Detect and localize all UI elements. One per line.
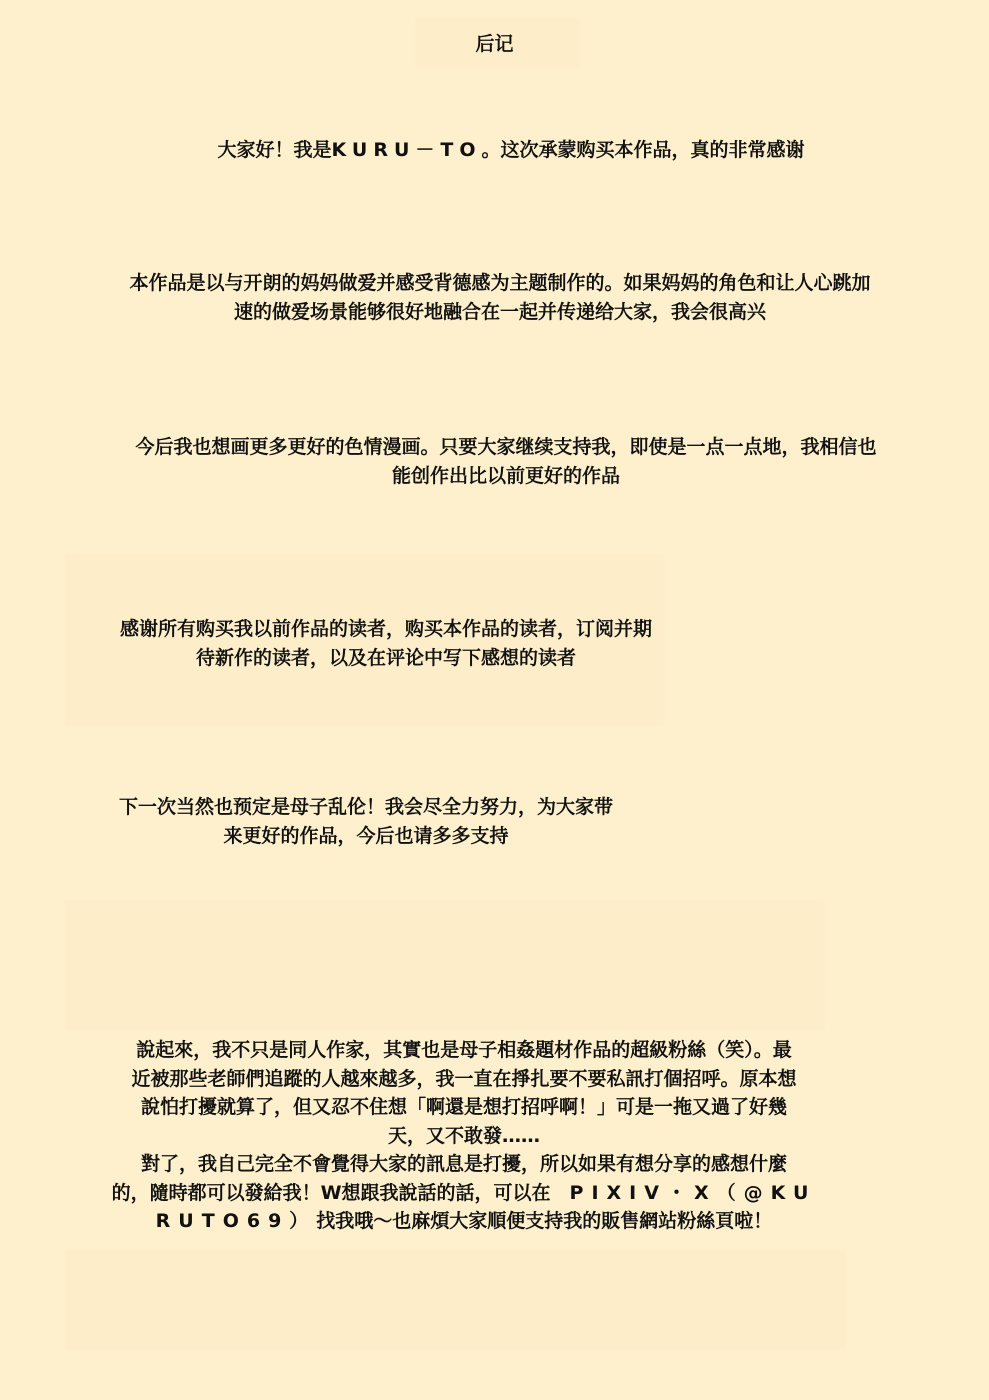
text-segment: 的，隨時都可以發給我！W想跟我說話的話，可以在 [112, 1182, 570, 1204]
background-texture [65, 900, 825, 1030]
paragraph-line: 近被那些老師們追蹤的人越來越多，我一直在掙扎要不要私訊打個招呼。原本想 [68, 1065, 860, 1094]
text-segment: 找我哦～也麻煩大家順便支持我的販售網站粉絲頁啦！ [316, 1210, 772, 1232]
paragraph-greeting: 大家好！我是KURU－TO。这次承蒙购买本作品，真的非常感谢 [0, 136, 989, 165]
page-title-text: 后记 [475, 33, 513, 55]
paragraph-line: 說起來，我不只是同人作家，其實也是母子相姦題材作品的超級粉絲（笑）。最 [68, 1036, 860, 1065]
paragraph-line: 今后我也想画更多更好的色情漫画。只要大家继续支持我，即使是一点一点地，我相信也 [68, 433, 944, 462]
paragraph-thanks: 感谢所有购买我以前作品的读者，购买本作品的读者，订阅并期 待新作的读者，以及在评… [68, 615, 704, 673]
social-handle: PIXIV・X（@KU [570, 1182, 817, 1204]
social-handle: RUTO69） [156, 1210, 317, 1232]
paragraph-line: 大家好！我是KURU－TO。这次承蒙购买本作品，真的非常感谢 [0, 136, 989, 165]
paragraph-line: 速的做爱场景能够很好地融合在一起并传递给大家，我会很高兴 [62, 298, 938, 327]
paragraph-line: RUTO69）找我哦～也麻煩大家順便支持我的販售網站粉絲頁啦！ [68, 1207, 860, 1236]
page-title: 后记 [0, 31, 989, 57]
paragraph-line: 天，又不敢發…… [68, 1122, 860, 1151]
paragraph-next: 下一次当然也预定是母子乱伦！我会尽全力努力，为大家带 来更好的作品，今后也请多多… [68, 793, 664, 851]
paragraph-line: 對了，我自己完全不會覺得大家的訊息是打擾，所以如果有想分享的感想什麼 [68, 1150, 860, 1179]
paragraph-line: 的，隨時都可以發給我！W想跟我說話的話，可以在 PIXIV・X（@KU [68, 1179, 860, 1208]
paragraph-line: 本作品是以与开朗的妈妈做爱并感受背德感为主题制作的。如果妈妈的角色和让人心跳加 [62, 269, 938, 298]
paragraph-line: 下一次当然也预定是母子乱伦！我会尽全力努力，为大家带 [68, 793, 664, 822]
paragraph-contact: 說起來，我不只是同人作家，其實也是母子相姦題材作品的超級粉絲（笑）。最 近被那些… [68, 1036, 860, 1236]
paragraph-theme: 本作品是以与开朗的妈妈做爱并感受背德感为主题制作的。如果妈妈的角色和让人心跳加 … [62, 269, 938, 327]
text-segment: 大家好！我是 [217, 139, 331, 161]
paragraph-line: 感谢所有购买我以前作品的读者，购买本作品的读者，订阅并期 [68, 615, 704, 644]
paragraph-line: 能创作出比以前更好的作品 [68, 462, 944, 491]
paragraph-line: 待新作的读者，以及在评论中写下感想的读者 [68, 644, 704, 673]
text-segment: 。这次承蒙购买本作品，真的非常感谢 [482, 139, 805, 161]
paragraph-future: 今后我也想画更多更好的色情漫画。只要大家继续支持我，即使是一点一点地，我相信也 … [68, 433, 944, 491]
background-texture [65, 1250, 845, 1350]
paragraph-line: 說怕打擾就算了，但又忍不住想「啊還是想打招呼啊！」可是一拖又過了好幾 [68, 1093, 860, 1122]
paragraph-line: 来更好的作品，今后也请多多支持 [68, 822, 664, 851]
author-name: KURU－TO [332, 139, 482, 161]
